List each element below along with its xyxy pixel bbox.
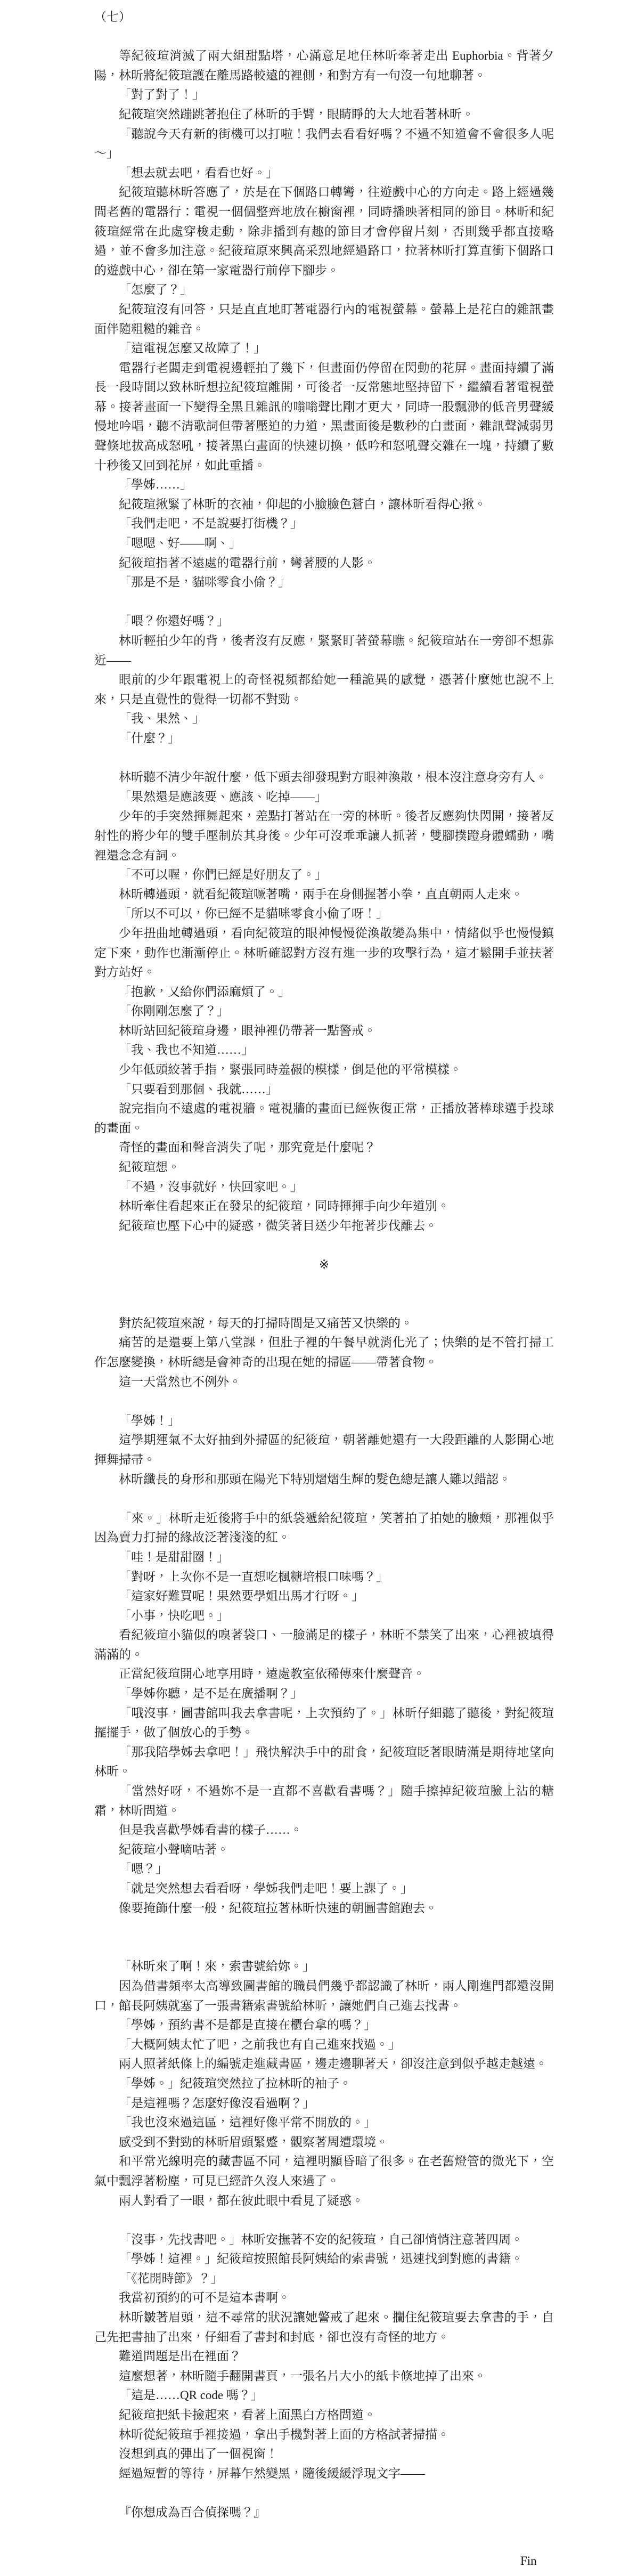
dialogue-paragraph: 「學姊，預約書不是都是直接在櫃台拿的嗎？」 bbox=[94, 2016, 554, 2035]
dialogue-paragraph: 「《花開時節》？」 bbox=[94, 2269, 554, 2289]
final-quote: 『你想成為百合偵探嗎？』 bbox=[94, 2503, 554, 2523]
story-paragraph: 說完指向不遠處的電視牆。電視牆的畫面已經恢復正常，正播放著棒球選手投球的畫面。 bbox=[94, 1099, 554, 1138]
blank-line bbox=[94, 1294, 554, 1314]
story-paragraph: 看紀筱瑄小貓似的嗅著袋口、一臉滿足的樣子，林昕不禁笑了出來，心裡被填得滿滿的。 bbox=[94, 1626, 554, 1664]
dialogue-paragraph: 「學姊！」 bbox=[94, 1411, 554, 1431]
story-paragraph: 「哦沒事，圖書館叫我去拿書呢，上次預約了。」林昕仔細聽了聽後，對紀筱瑄擺擺手，做… bbox=[94, 1704, 554, 1743]
dialogue-paragraph: 「這電視怎麼又故障了！」 bbox=[94, 339, 554, 359]
dialogue-paragraph: 「我也沒來過這區，這裡好像平常不開放的。」 bbox=[94, 2113, 554, 2133]
story-paragraph: 紀筱瑄揪緊了林昕的衣袖，仰起的小臉臉色蒼白，讓林昕看得心揪。 bbox=[94, 495, 554, 515]
dialogue-paragraph: 「嗯？」 bbox=[94, 1859, 554, 1879]
story-paragraph: 感受到不對勁的林昕眉頭緊蹙，觀察著周遭環境。 bbox=[94, 2133, 554, 2152]
story-body: 等紀筱瑄消滅了兩大組甜點塔，心滿意足地任林昕牽著走出 Euphorbia。背著夕… bbox=[94, 46, 554, 2522]
story-paragraph: 等紀筱瑄消滅了兩大組甜點塔，心滿意足地任林昕牽著走出 Euphorbia。背著夕… bbox=[94, 46, 554, 85]
story-paragraph: 紀筱瑄想。 bbox=[94, 1158, 554, 1177]
story-paragraph: 紀筱瑄小聲嘀咕著。 bbox=[94, 1840, 554, 1860]
story-paragraph: 兩人對看了一眼，都在彼此眼中看見了疑惑。 bbox=[94, 2191, 554, 2211]
story-paragraph: 難道問題是出在裡面？ bbox=[94, 2347, 554, 2367]
dialogue-paragraph: 「學姊……」 bbox=[94, 475, 554, 495]
story-paragraph: 這一天當然也不例外。 bbox=[94, 1372, 554, 1392]
dialogue-paragraph: 「怎麼了？」 bbox=[94, 280, 554, 300]
blank-line bbox=[94, 2211, 554, 2230]
dialogue-paragraph: 「這是……QR code 嗎？」 bbox=[94, 2386, 554, 2406]
document-page: （七） 等紀筱瑄消滅了兩大組甜點塔，心滿意足地任林昕牽著走出 Euphorbia… bbox=[0, 0, 629, 2576]
end-mark: Fin bbox=[520, 2551, 537, 2571]
dialogue-paragraph: 「我們走吧，不是說要打街機？」 bbox=[94, 514, 554, 534]
blank-line bbox=[94, 749, 554, 768]
dialogue-paragraph: 「學姊你聽，是不是在廣播啊？」 bbox=[94, 1684, 554, 1704]
story-paragraph: 沒想到真的彈出了一個視窗！ bbox=[94, 2444, 554, 2464]
story-paragraph: 紀筱瑄沒有回答，只是直直地盯著電器行內的電視螢幕。螢幕上是花白的雜訊畫面伴隨粗糙… bbox=[94, 300, 554, 339]
dialogue-paragraph: 「大概阿姨太忙了吧，之前我也有自己進來找過。」 bbox=[94, 2035, 554, 2055]
dialogue-paragraph: 「哇！是甜甜圈！」 bbox=[94, 1548, 554, 1567]
story-paragraph: 「當然好呀，不過妳不是一直都不喜歡看書嗎？」隨手擦掉紀筱瑄臉上沾的糖霜，林昕問道… bbox=[94, 1782, 554, 1821]
story-paragraph: 我當初預約的可不是這本書啊。 bbox=[94, 2288, 554, 2308]
story-paragraph: 像要掩飾什麼一般，紀筱瑄拉著林昕快速的朝圖書館跑去。 bbox=[94, 1899, 554, 1919]
dialogue-paragraph: 「嗯嗯、好——啊、」 bbox=[94, 534, 554, 554]
story-paragraph: 少年低頭絞著手指，緊張同時羞赧的模樣，倒是他的平常模樣。 bbox=[94, 1060, 554, 1080]
blank-line bbox=[94, 1392, 554, 1411]
story-paragraph: 少年的手突然揮舞起來，差點打著站在一旁的林昕。後者反應夠快閃開，接著反射性的將少… bbox=[94, 807, 554, 865]
story-paragraph: 但是我喜歡學姊看書的樣子……。 bbox=[94, 1821, 554, 1840]
dialogue-paragraph: 「所以不可以，你已經不是貓咪零食小偷了呀！」 bbox=[94, 904, 554, 924]
dialogue-paragraph: 「對呀，上次你不是一直想吃楓糖培根口味嗎？」 bbox=[94, 1567, 554, 1587]
blank-line bbox=[94, 1938, 554, 1957]
story-paragraph: 林昕纖長的身形和那頭在陽光下特別熠熠生輝的髮色總是讓人難以錯認。 bbox=[94, 1470, 554, 1490]
story-paragraph: 這麼想著，林昕隨手翻開書頁，一張名片大小的紙卡倏地掉了出來。 bbox=[94, 2367, 554, 2386]
story-paragraph: 少年扭曲地轉過頭，看向紀筱瑄的眼神慢慢從渙散變為集中，情緒似乎也慢慢鎮定下來，動… bbox=[94, 924, 554, 982]
story-paragraph: 紀筱瑄聽林昕答應了，於是在下個路口轉彎，往遊戲中心的方向走。路上經過幾間老舊的電… bbox=[94, 183, 554, 280]
dialogue-paragraph: 「就是突然想去看看呀，學姊我們走吧！要上課了。」 bbox=[94, 1879, 554, 1899]
blank-line bbox=[94, 1275, 554, 1295]
dialogue-paragraph: 「聽說今天有新的街機可以打啦！我們去看看好嗎？不過不知道會不會很多人呢～」 bbox=[94, 125, 554, 164]
story-paragraph: 林昕聽不清少年說什麼，低下頭去卻發現對方眼神渙散，根本沒注意身旁有人。 bbox=[94, 768, 554, 787]
dialogue-paragraph: 「對了對了！」 bbox=[94, 85, 554, 105]
story-paragraph: 正當紀筱瑄開心地享用時，遠處教室依稀傳來什麼聲音。 bbox=[94, 1664, 554, 1684]
story-paragraph: 兩人照著紙條上的編號走進藏書區，邊走邊聊著天，卻沒注意到似乎越走越遠。 bbox=[94, 2054, 554, 2074]
blank-line bbox=[94, 1236, 554, 1255]
dialogue-paragraph: 「我、果然、」 bbox=[94, 709, 554, 729]
story-paragraph: 和平常光線明亮的藏書區不同，這裡明顯昏暗了很多。在老舊燈管的微光下，空氣中飄浮著… bbox=[94, 2152, 554, 2191]
story-paragraph: 紀筱瑄也壓下心中的疑惑，微笑著目送少年拖著步伐離去。 bbox=[94, 1216, 554, 1236]
dialogue-paragraph: 「果然還是應該要、應該、吃掉——」 bbox=[94, 787, 554, 807]
dialogue-paragraph: 「不可以喔，你們已經是好朋友了。」 bbox=[94, 865, 554, 885]
dialogue-paragraph: 「想去就去吧，看看也好。」 bbox=[94, 164, 554, 183]
story-paragraph: 對於紀筱瑄來說，每天的打掃時間是又痛苦又快樂的。 bbox=[94, 1314, 554, 1334]
story-paragraph: 電器行老闆走到電視邊輕拍了幾下，但畫面仍停留在閃動的花屏。畫面持續了滿長一段時間… bbox=[94, 359, 554, 476]
dialogue-paragraph: 「只要看到那個、我就……」 bbox=[94, 1080, 554, 1100]
story-paragraph: 紀筱瑄突然蹦跳著抱住了林昕的手臂，眼睛睜的大大地看著林昕。 bbox=[94, 105, 554, 125]
story-paragraph: 林昕皺著眉頭，這不尋常的狀況讓她警戒了起來。攔住紀筱瑄要去拿書的手，自己先把書抽… bbox=[94, 2308, 554, 2347]
blank-line bbox=[94, 2483, 554, 2503]
story-paragraph: 奇怪的畫面和聲音消失了呢，那究竟是什麼呢？ bbox=[94, 1138, 554, 1158]
story-paragraph: 經過短暫的等待，屏幕乍然變黑，隨後緩緩浮現文字—— bbox=[94, 2464, 554, 2484]
dialogue-paragraph: 「什麼？」 bbox=[94, 729, 554, 749]
dialogue-paragraph: 「小事，快吃吧。」 bbox=[94, 1606, 554, 1626]
dialogue-paragraph: 「那是不是，貓咪零食小偷？」 bbox=[94, 573, 554, 592]
story-paragraph: 因為借書頻率太高導致圖書館的職員們幾乎都認識了林昕，兩人剛進門都還沒開口，館長阿… bbox=[94, 1977, 554, 2016]
story-paragraph: 林昕轉過頭，就看紀筱瑄噘著嘴，兩手在身側握著小拳，直直朝兩人走來。 bbox=[94, 885, 554, 905]
blank-line bbox=[94, 1918, 554, 1938]
dialogue-paragraph: 「你剛剛怎麼了？」 bbox=[94, 1002, 554, 1021]
story-paragraph: 「學姊。」紀筱瑄突然拉了拉林昕的袖子。 bbox=[94, 2074, 554, 2094]
chapter-title: （七） bbox=[94, 7, 554, 27]
story-paragraph: 林昕站回紀筱瑄身邊，眼神裡仍帶著一點警戒。 bbox=[94, 1021, 554, 1041]
dialogue-paragraph: 「這家好難買呢！果然要學姐出馬才行呀。」 bbox=[94, 1587, 554, 1606]
story-paragraph: 這學期運氣不太好抽到外掃區的紀筱瑄，朝著離她還有一大段距離的人影開心地揮舞掃帚。 bbox=[94, 1431, 554, 1469]
blank-line bbox=[94, 592, 554, 612]
dialogue-paragraph: 「喂？你還好嗎？」 bbox=[94, 612, 554, 631]
dialogue-paragraph: 「林昕來了啊！來，索書號給妳。」 bbox=[94, 1957, 554, 1977]
dialogue-paragraph: 「是這裡嗎？怎麼好像沒看過啊？」 bbox=[94, 2094, 554, 2114]
section-break: ※ bbox=[94, 1255, 554, 1275]
story-paragraph: 「學姊！這裡。」紀筱瑄按照館長阿姨給的索書號，迅速找到對應的書籍。 bbox=[94, 2249, 554, 2269]
story-paragraph: 「沒事，先找書吧。」林昕安撫著不安的紀筱瑄，自己卻悄悄注意著四周。 bbox=[94, 2230, 554, 2250]
story-paragraph: 林昕輕拍少年的背，後者沒有反應，緊緊盯著螢幕瞧。紀筱瑄站在一旁卻不想靠近—— bbox=[94, 631, 554, 670]
story-paragraph: 林昕從紀筱瑄手裡接過，拿出手機對著上面的方格試著掃描。 bbox=[94, 2425, 554, 2445]
dialogue-paragraph: 「不過，沒事就好，快回家吧。」 bbox=[94, 1177, 554, 1197]
story-paragraph: 「那我陪學姊去拿吧！」飛快解決手中的甜食，紀筱瑄眨著眼睛滿是期待地望向林昕。 bbox=[94, 1743, 554, 1782]
story-paragraph: 眼前的少年跟電視上的奇怪視頻都給她一種詭異的感覺，憑著什麼她也說不上來，只是直覺… bbox=[94, 670, 554, 709]
dialogue-paragraph: 「我、我也不知道……」 bbox=[94, 1041, 554, 1060]
story-paragraph: 林昕牽住看起來正在發呆的紀筱瑄，同時揮揮手向少年道別。 bbox=[94, 1197, 554, 1216]
blank-line bbox=[94, 1489, 554, 1509]
story-paragraph: 紀筱瑄把紙卡撿起來，看著上面黑白方格問道。 bbox=[94, 2406, 554, 2425]
story-paragraph: 紀筱瑄指著不遠處的電器行前，彎著腰的人影。 bbox=[94, 554, 554, 573]
dialogue-paragraph: 「抱歉，又給你們添麻煩了。」 bbox=[94, 982, 554, 1002]
story-paragraph: 痛苦的是還要上第八堂課，但肚子裡的午餐早就消化光了；快樂的是不管打掃工作怎麼變換… bbox=[94, 1333, 554, 1372]
story-paragraph: 「來。」林昕走近後將手中的紙袋遞給紀筱瑄，笑著拍了拍她的臉頰，那裡似乎因為賣力打… bbox=[94, 1509, 554, 1548]
